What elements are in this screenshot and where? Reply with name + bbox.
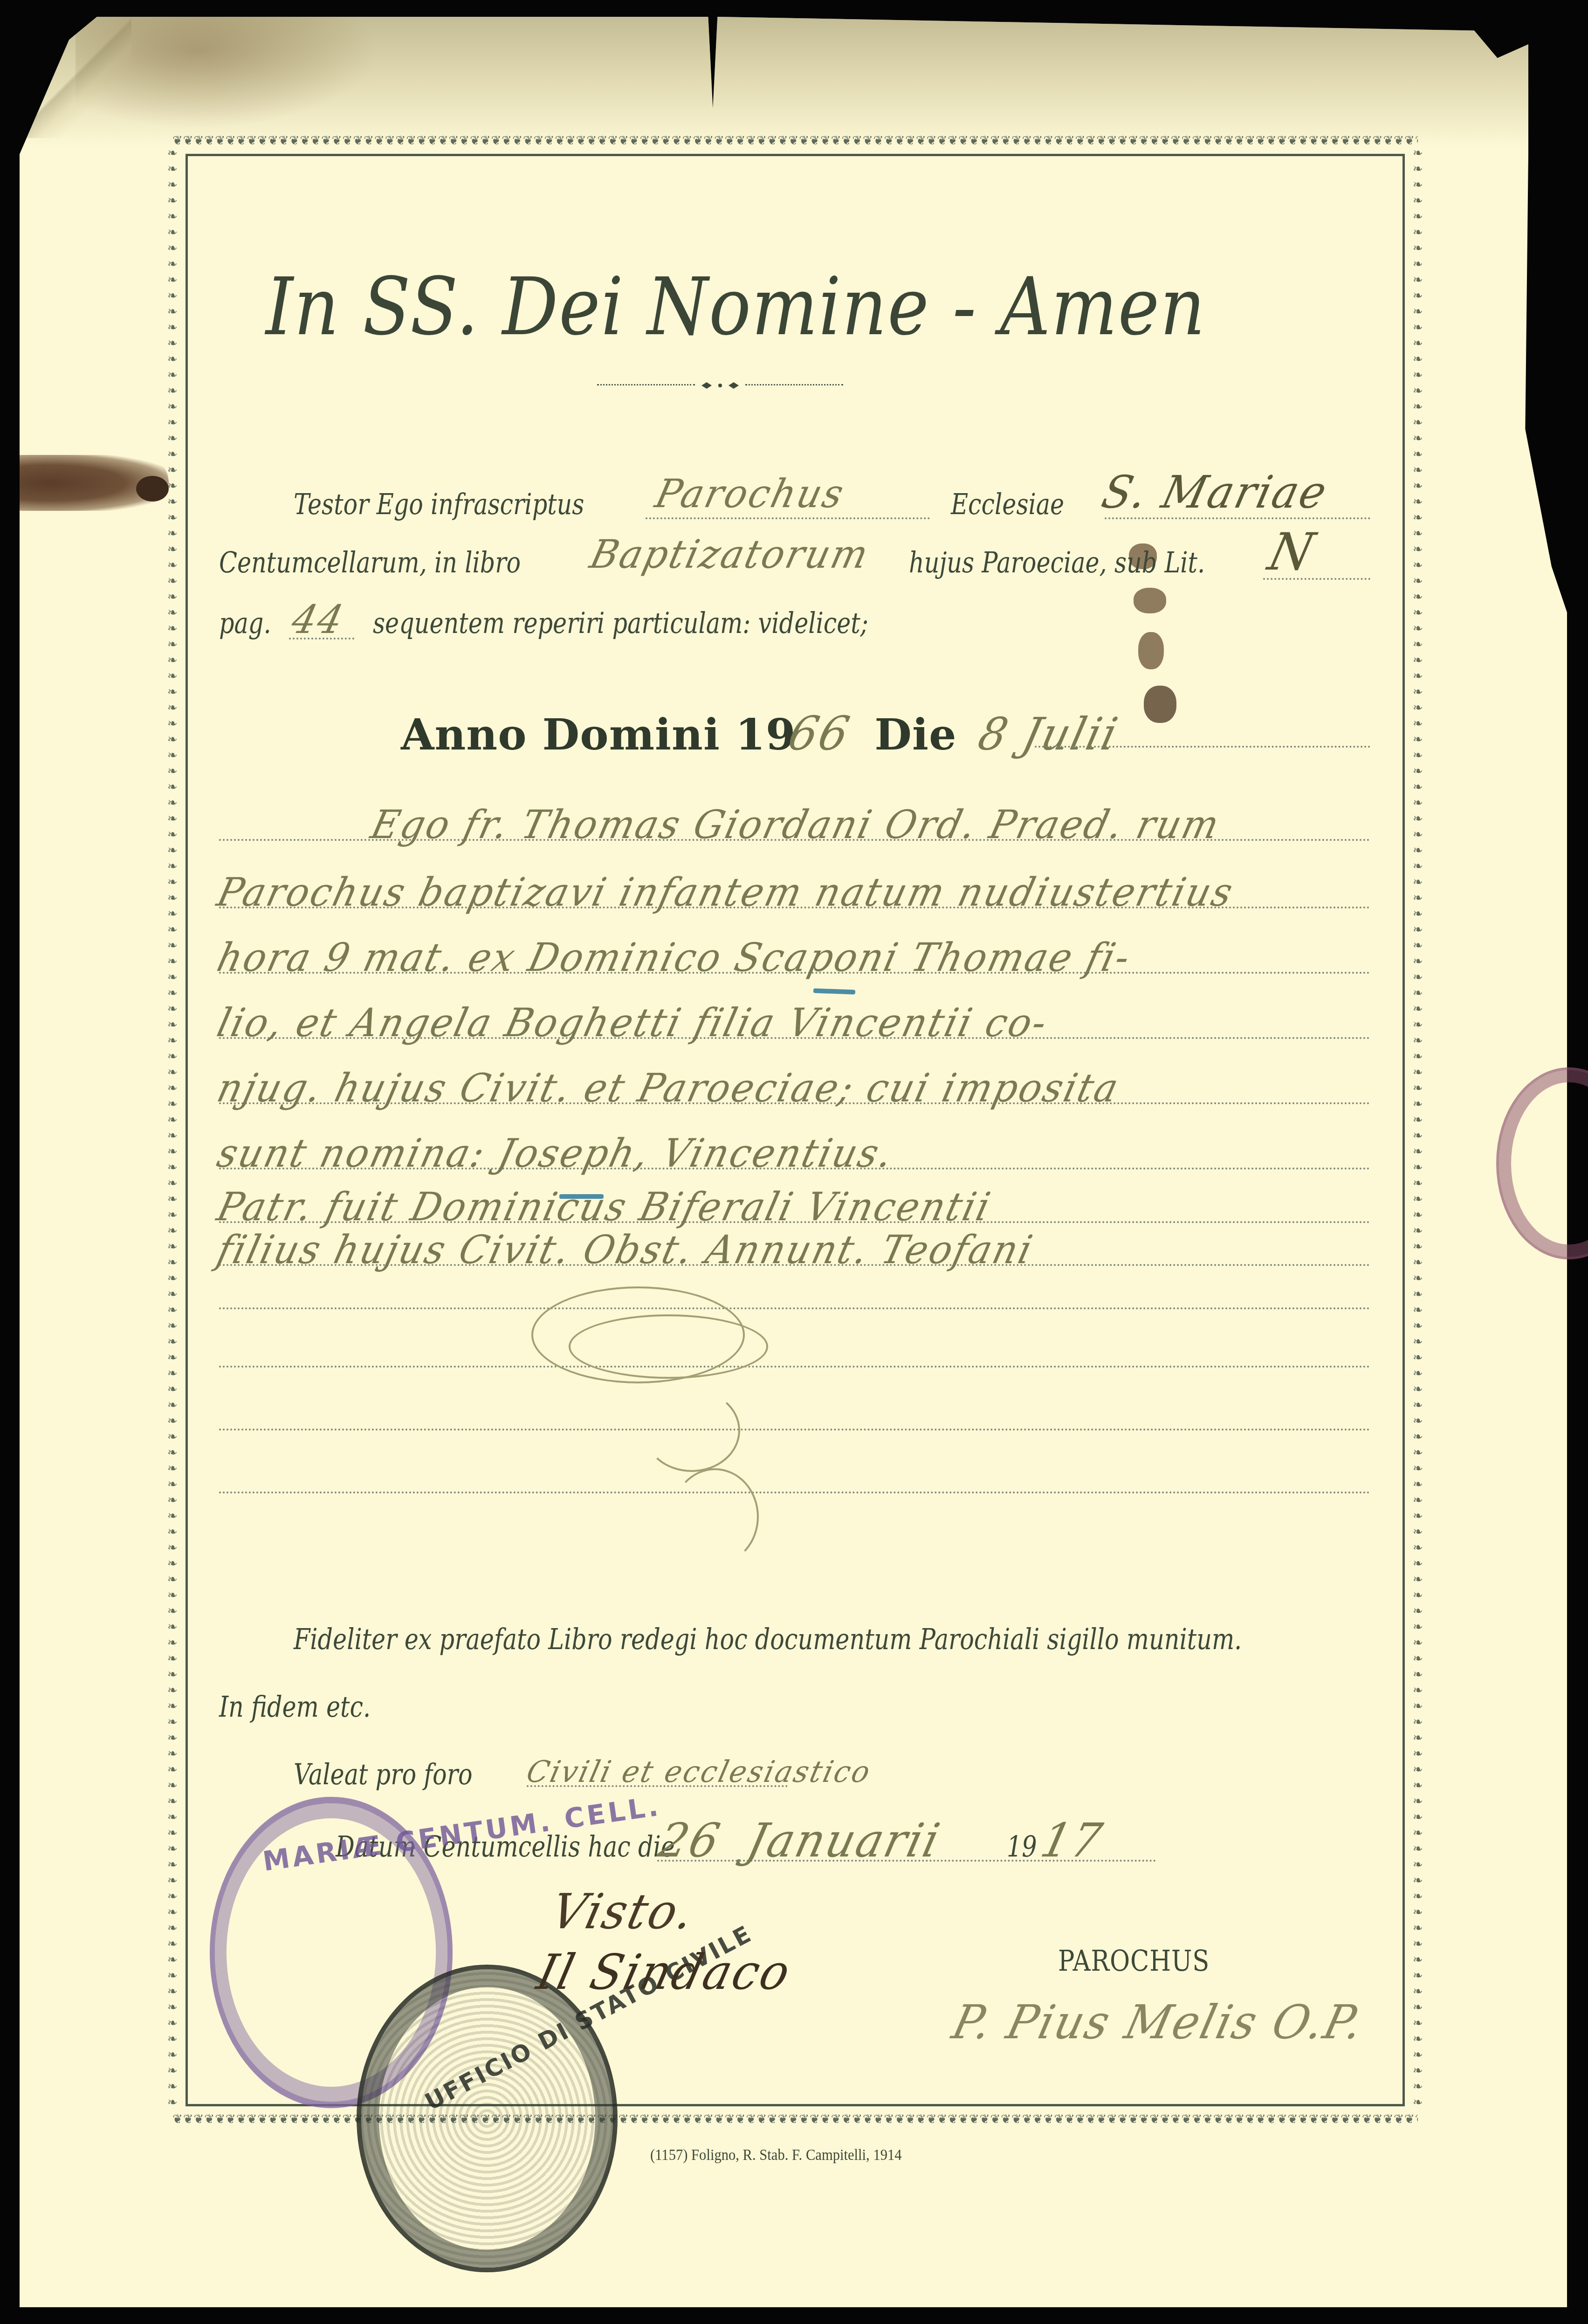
fill-line-day	[1035, 746, 1370, 748]
preamble-ecclesiae: Ecclesiae	[951, 487, 1064, 521]
entry-rule-12-blank	[219, 1492, 1370, 1493]
handwritten-church: S. Mariae	[1097, 466, 1333, 518]
closing-in-fidem: In fidem etc.	[219, 1690, 371, 1724]
cancellation-loop-2	[569, 1314, 768, 1379]
date-heading: Anno Domini 1966 Die 8 Julii	[401, 706, 1131, 761]
document-content: In SS. Dei Nomine - Amen Testor Ego infr…	[0, 0, 1588, 2324]
closing-fideliter: Fideliter ex praefato Libro redegi hoc d…	[294, 1622, 1242, 1656]
handwritten-valeat: Civili et ecclesiastico	[523, 1755, 875, 1789]
dot-icon	[718, 384, 722, 387]
closing-valeat-label: Valeat pro foro	[294, 1757, 473, 1791]
printer-imprint: (1157) Foligno, R. Stab. F. Campitelli, …	[650, 2146, 902, 2164]
entry-line-8: filius hujus Civit. Obst. Annunt. Teofan…	[213, 1227, 1038, 1272]
handwritten-role: Parochus	[651, 471, 850, 516]
entry-line-4: lio, et Angela Boghetti filia Vincentii …	[213, 1000, 1053, 1045]
preamble-centumcellarum: Centumcellarum, in libro	[219, 545, 521, 579]
preamble-paroeciae: hujus Paroeciae, sub Lit.	[909, 545, 1205, 579]
diamond-icon	[701, 382, 712, 389]
visto-annotation: Visto.	[546, 1883, 701, 1940]
handwritten-year-suffix: 66	[783, 706, 856, 761]
entry-line-5: njug. hujus Civit. et Paroeciae; cui imp…	[213, 1065, 1124, 1111]
fill-line-role	[646, 517, 930, 519]
handwritten-datum-month: Januarii	[742, 1813, 946, 1868]
handwritten-book: Baptizatorum	[586, 531, 874, 577]
preamble-pag: pag.	[219, 606, 271, 640]
entry-rule-10-blank	[219, 1366, 1370, 1368]
die-label: Die	[874, 709, 956, 760]
entry-rule-11-blank	[219, 1429, 1370, 1430]
parochus-label: PAROCHUS	[1058, 1944, 1210, 1978]
blue-pencil-mark-surname	[813, 988, 855, 994]
diamond-icon	[729, 382, 739, 389]
document-title: In SS. Dei Nomine - Amen	[266, 261, 1206, 353]
cancellation-tail-1	[643, 1389, 740, 1472]
entry-line-2: Parochus baptizavi infantem natum nudius…	[213, 869, 1239, 915]
entry-line-7: Patr. fuit Dominicus Biferali Vincentii	[213, 1184, 996, 1230]
parochus-signature: P. Pius Melis O.P.	[947, 1995, 1369, 2049]
preamble-testor: Testor Ego infrascriptus	[294, 487, 584, 521]
handwritten-day: 8 Julii	[974, 708, 1124, 760]
anno-domini-label: Anno Domini	[401, 709, 720, 760]
entry-line-1: Ego fr. Thomas Giordani Ord. Praed. rum	[367, 802, 1225, 847]
handwritten-letter: N	[1263, 522, 1322, 582]
handwritten-page: 44	[288, 597, 349, 642]
sindaco-signature: Il Sindaco	[532, 1944, 797, 2001]
datum-year-prefix: 19	[1007, 1829, 1037, 1863]
divider-line-right	[745, 384, 843, 387]
partial-seal-right-edge	[1496, 1067, 1588, 1259]
entry-rule-9-blank	[219, 1307, 1370, 1309]
cancellation-tail-2	[671, 1468, 759, 1565]
title-divider	[587, 383, 853, 388]
entry-line-6: sunt nomina: Joseph, Vincentius.	[213, 1130, 899, 1176]
entry-line-3: hora 9 mat. ex Dominico Scaponi Thomae f…	[213, 935, 1136, 980]
preamble-sequentem: sequentem reperiri particulam: videlicet…	[373, 606, 868, 640]
divider-line-left	[597, 384, 695, 387]
